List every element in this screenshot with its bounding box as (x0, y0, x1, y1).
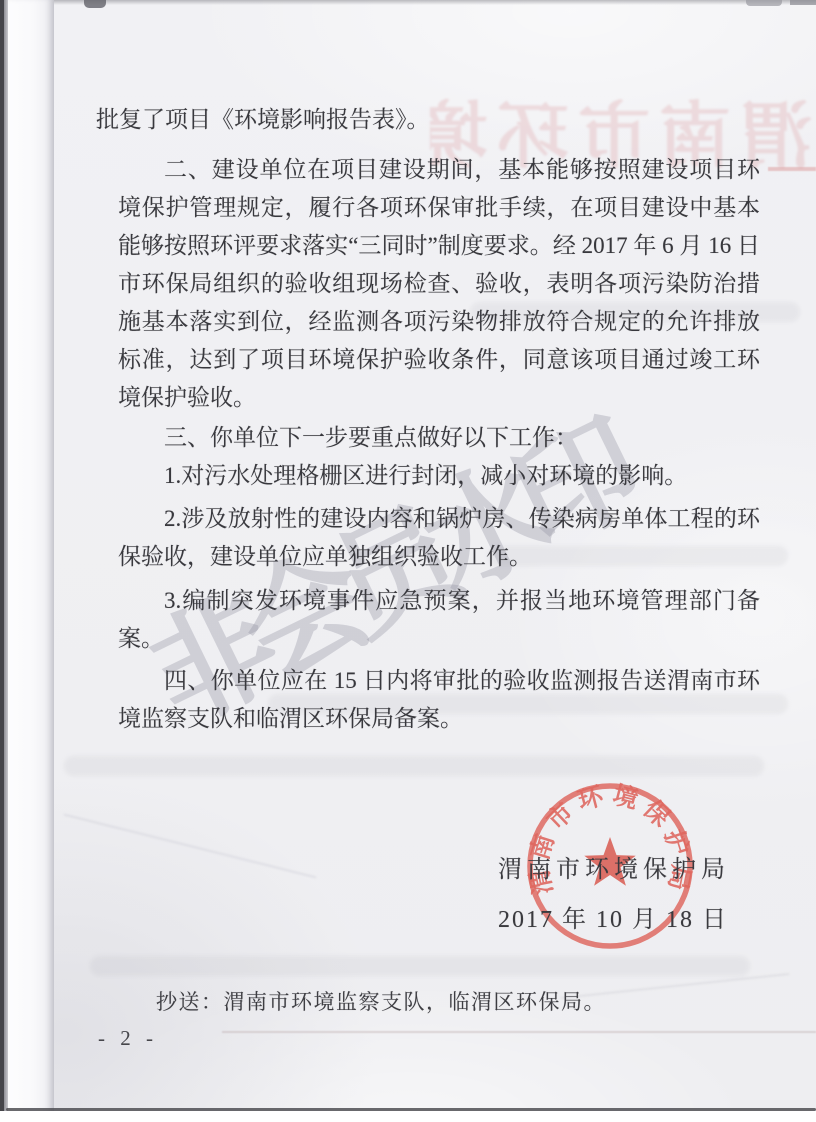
text-bleedthrough (64, 756, 764, 776)
body-paragraph: 2.涉及放射性的建设内容和锅炉房、传染病房单体工程的环保验收，建设单位应单独组织… (118, 500, 760, 576)
body-paragraph: 1.对污水处理格栅区进行封闭，减小对环境的影响。 (118, 457, 760, 495)
body-paragraph: 3.编制突发环境事件应急预案，并报当地环境管理部门备案。 (118, 582, 760, 658)
body-paragraph: 批复了项目《环境影响报告表》。 (96, 101, 756, 139)
signature-organization: 渭南市环境保护局 (498, 849, 754, 884)
signature-date: 2017 年 10 月 18 日 (498, 899, 754, 934)
letterhead-rule-bleedthrough (768, 167, 816, 171)
paper-crease (64, 814, 317, 879)
page-curl (8, 0, 54, 1122)
scanner-background (0, 1111, 816, 1122)
body-paragraph: 三、你单位下一步要重点做好以下工作： (118, 419, 760, 457)
scan-artifact (746, 0, 782, 6)
scanned-document-page: 渭南市环境保护局 非会员水印 批复了项目《环境影响报告表》。 二、建设单位在项目… (0, 0, 816, 1122)
paper-fold-line (222, 1031, 816, 1033)
text-bleedthrough (90, 956, 750, 976)
signature-block: 渭南市环境保护局 2017 年 10 月 18 日 (498, 849, 754, 934)
scan-artifact (790, 0, 816, 5)
paper-top-edge (0, 0, 816, 5)
body-paragraph: 四、你单位应在 15 日内将审批的验收监测报告送渭南市环境监察支队和临渭区环保局… (118, 662, 760, 738)
cc-line: 抄送：渭南市环境监察支队，临渭区环保局。 (156, 986, 606, 1016)
body-paragraph: 二、建设单位在项目建设期间，基本能够按照建设项目环境保护管理规定，履行各项环保审… (118, 151, 760, 417)
scan-artifact (84, 0, 106, 8)
document-body: 批复了项目《环境影响报告表》。 二、建设单位在项目建设期间，基本能够按照建设项目… (118, 101, 760, 738)
page-number: - 2 - (98, 1026, 158, 1051)
